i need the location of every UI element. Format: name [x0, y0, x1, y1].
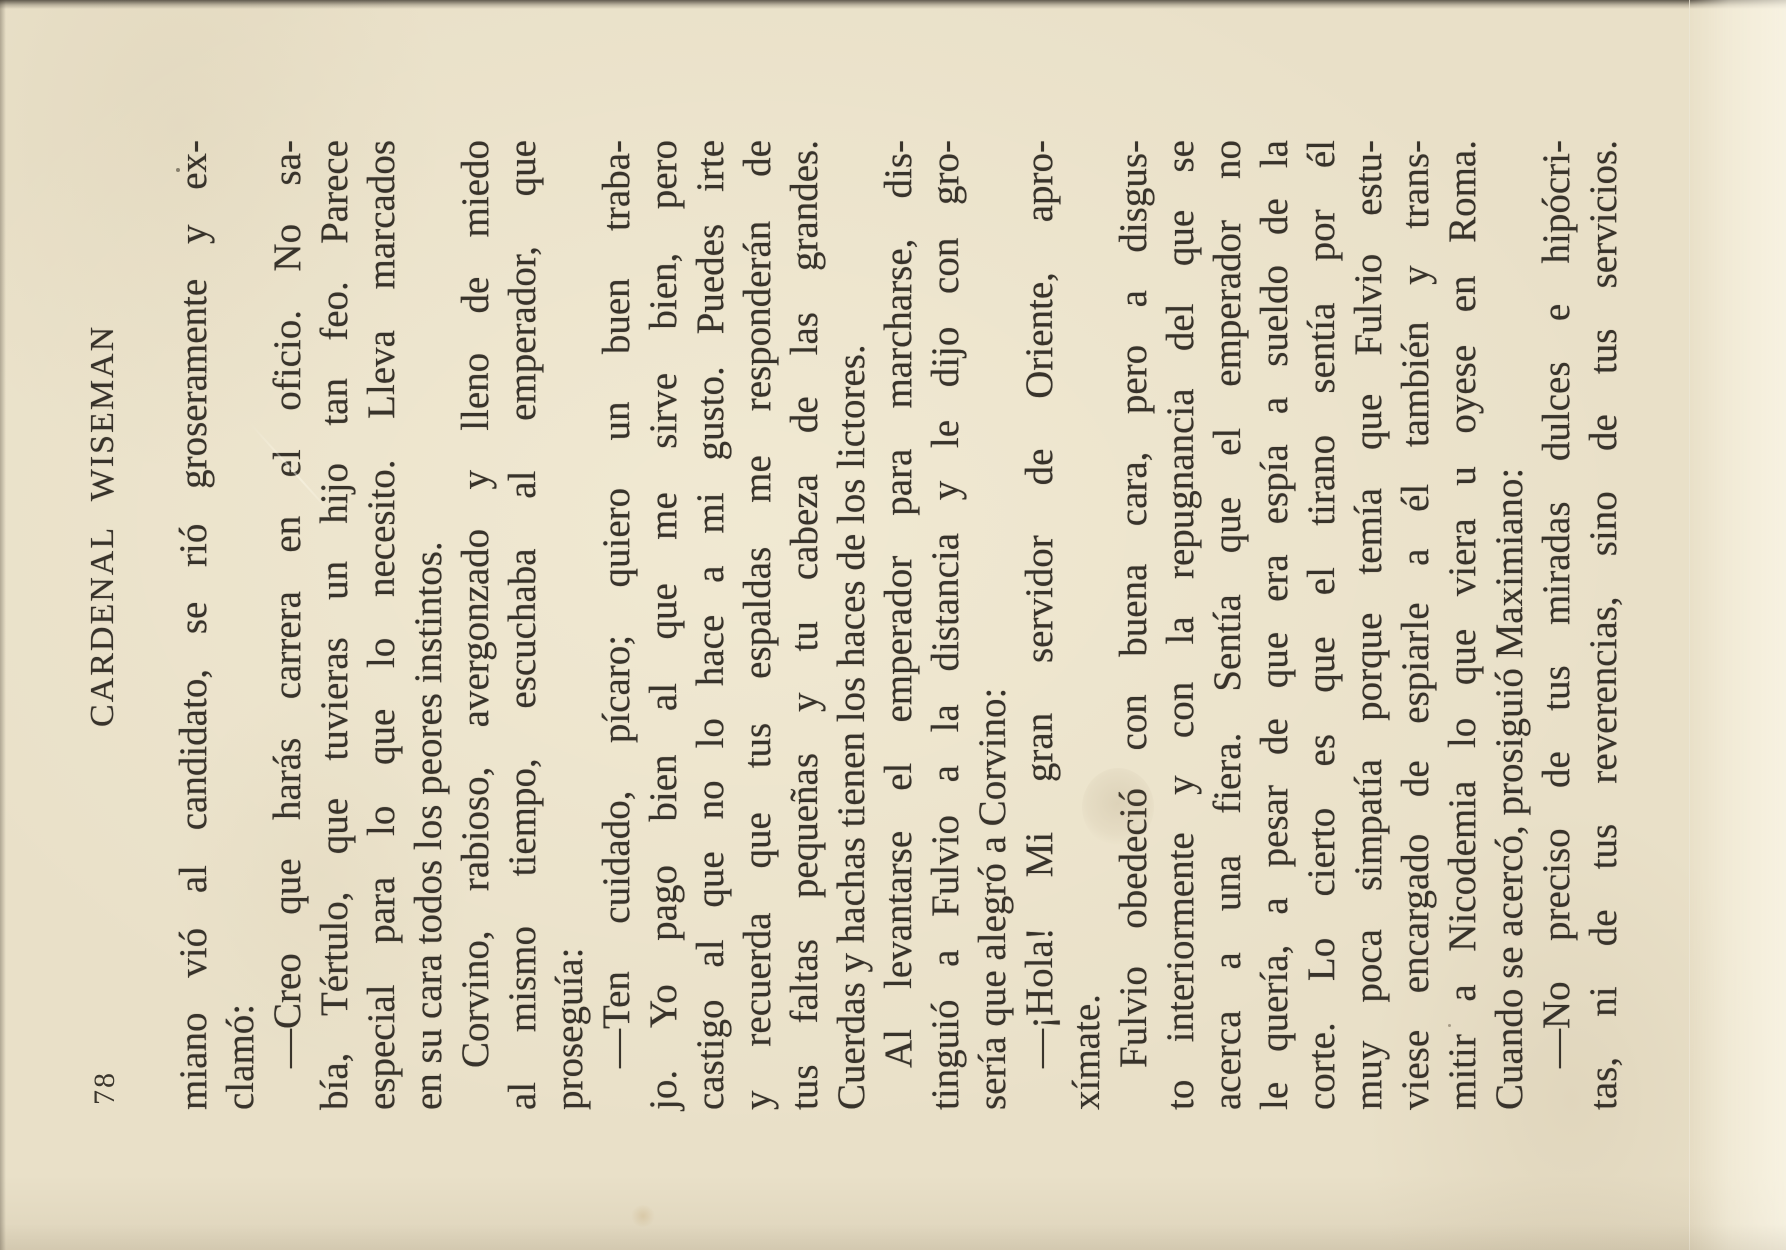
text-line: jo. Yo pago bien al que me sirve bien, p…	[640, 140, 687, 1110]
text-line: especial para lo que lo necesito. Lleva …	[358, 140, 405, 1110]
paragraph: —¡Hola! Mi gran servidor de Oriente, apr…	[1016, 140, 1110, 1110]
text-line: y recuerda que tus espaldas me responder…	[734, 140, 781, 1110]
paragraph: Corvino, rabioso, avergonzado y lleno de…	[452, 140, 593, 1110]
text-line: tinguió a Fulvio a la distancia y le dij…	[922, 140, 969, 1110]
text-line: miano vió al candidato, se rió groserame…	[170, 140, 217, 1110]
text-line: to interiormente y con la repugnancia de…	[1157, 140, 1204, 1110]
paragraph: —Creo que harás carrera en el oficio. No…	[264, 140, 452, 1110]
text-line: —Creo que harás carrera en el oficio. No…	[264, 140, 311, 1110]
text-line: castigo al que no lo hace a mi gusto. Pu…	[687, 140, 734, 1110]
paragraph: —No preciso de tus miradas dulces e hipó…	[1533, 140, 1627, 1110]
text-line: —No preciso de tus miradas dulces e hipó…	[1533, 140, 1580, 1110]
text-line: Cuando se acercó, prosiguió Maximiano:	[1486, 140, 1533, 1110]
paragraph: miano vió al candidato, se rió groserame…	[170, 140, 264, 1110]
paragraph: Fulvio obedeció con buena cara, pero a d…	[1110, 140, 1533, 1110]
text-line: Al levantarse el emperador para marchars…	[875, 140, 922, 1110]
text-line: mitir a Nicodemia lo que viera u oyese e…	[1439, 140, 1486, 1110]
text-block: miano vió al candidato, se rió groserame…	[170, 140, 1627, 1110]
text-line: Fulvio obedeció con buena cara, pero a d…	[1110, 140, 1157, 1110]
text-line: xímate.	[1063, 140, 1110, 1110]
text-line: sería que alegró a Corvino:	[969, 140, 1016, 1110]
text-line: proseguía:	[546, 140, 593, 1110]
running-header: CARDENAL WISEMAN	[84, 325, 122, 727]
book-page: 78 CARDENAL WISEMAN miano vió al candida…	[0, 0, 1786, 1250]
text-line: bía, Tértulo, que tuvieras un hijo tan f…	[311, 140, 358, 1110]
text-line: —Ten cuidado, pícaro; quiero un buen tra…	[593, 140, 640, 1110]
text-line: al mismo tiempo, escuchaba al emperador,…	[499, 140, 546, 1110]
text-line: clamó:	[217, 140, 264, 1110]
text-line: en su cara todos los peores instintos.	[405, 140, 452, 1110]
text-line: viese encargado de espiarle a él también…	[1392, 140, 1439, 1110]
text-line: —¡Hola! Mi gran servidor de Oriente, apr…	[1016, 140, 1063, 1110]
paragraph: —Ten cuidado, pícaro; quiero un buen tra…	[593, 140, 875, 1110]
text-line: Cuerdas y hachas tienen los haces de los…	[828, 140, 875, 1110]
text-line: Corvino, rabioso, avergonzado y lleno de…	[452, 140, 499, 1110]
paragraph: Al levantarse el emperador para marchars…	[875, 140, 1016, 1110]
page-number: 78	[88, 1071, 122, 1105]
text-line: le quería, a pesar de que era espía a su…	[1251, 140, 1298, 1110]
text-line: tus faltas pequeñas y tu cabeza de las g…	[781, 140, 828, 1110]
text-line: corte. Lo cierto es que el tirano sentía…	[1298, 140, 1345, 1110]
text-line: acerca a una fiera. Sentía que el empera…	[1204, 140, 1251, 1110]
text-line: tas, ni de tus reverencias, sino de tus …	[1580, 140, 1627, 1110]
text-line: muy poca simpatía porque temía que Fulvi…	[1345, 140, 1392, 1110]
